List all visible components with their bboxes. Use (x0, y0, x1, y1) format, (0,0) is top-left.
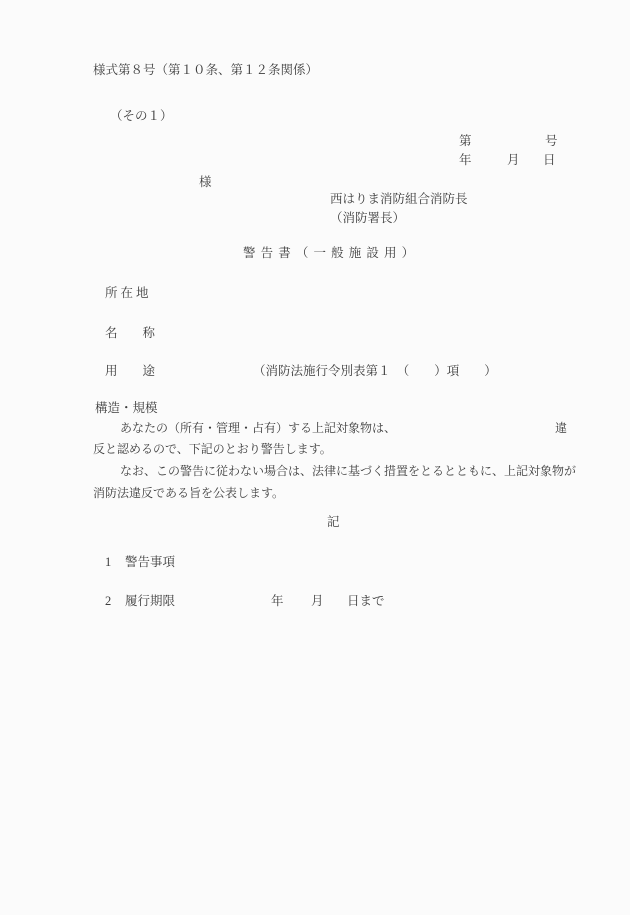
issuer-name: 西はりま消防組合消防長 (330, 192, 468, 207)
issuer-alt-name: （消防署長） (330, 211, 405, 226)
document-title: 警 告 書 （ 一 般 施 設 用 ） (243, 246, 415, 261)
field-location-label: 所在地 (105, 286, 152, 301)
doc-number-suffix: 号 (545, 134, 558, 149)
deadline-day-label: 日まで (347, 594, 385, 609)
addressee-honorific: 様 (199, 175, 212, 190)
body-line-3: なお、この警告に従わない場合は、法律に基づく措置をとるとともに、上記対象物が (120, 464, 576, 479)
body-line-2: 反と認めるので、下記のとおり警告します。 (93, 442, 332, 457)
deadline-year-label: 年 (271, 594, 284, 609)
deadline-month-label: 月 (311, 594, 324, 609)
field-use-note: （消防法施行令別表第１ （ ）項 ） (253, 364, 497, 379)
date-month-label: 月 (507, 153, 520, 168)
body-line-1: あなたの（所有・管理・占有）する上記対象物は、 (120, 421, 396, 436)
item-2-label: 履行期限 (125, 594, 175, 609)
document-page: 様式第８号（第１０条、第１２条関係） （その１） 第 号 年 月 日 様 西はり… (0, 0, 630, 915)
form-number: 様式第８号（第１０条、第１２条関係） (93, 63, 318, 78)
item-2-number: 2 (105, 594, 111, 609)
field-name-label: 名 称 (105, 326, 155, 341)
item-1-number: 1 (105, 555, 111, 570)
item-1-label: 警告事項 (125, 555, 175, 570)
date-day-label: 日 (543, 153, 556, 168)
body-line-4: 消防法違反である旨を公表します。 (93, 486, 284, 501)
record-heading: 記 (327, 515, 340, 530)
doc-number-prefix: 第 (459, 134, 472, 149)
body-line-1-tail: 違 (555, 421, 567, 436)
field-use-label: 用 途 (105, 364, 155, 379)
form-part-label: （その１） (110, 109, 173, 124)
date-year-label: 年 (459, 153, 472, 168)
field-structure-label: 構造・規模 (95, 401, 158, 416)
